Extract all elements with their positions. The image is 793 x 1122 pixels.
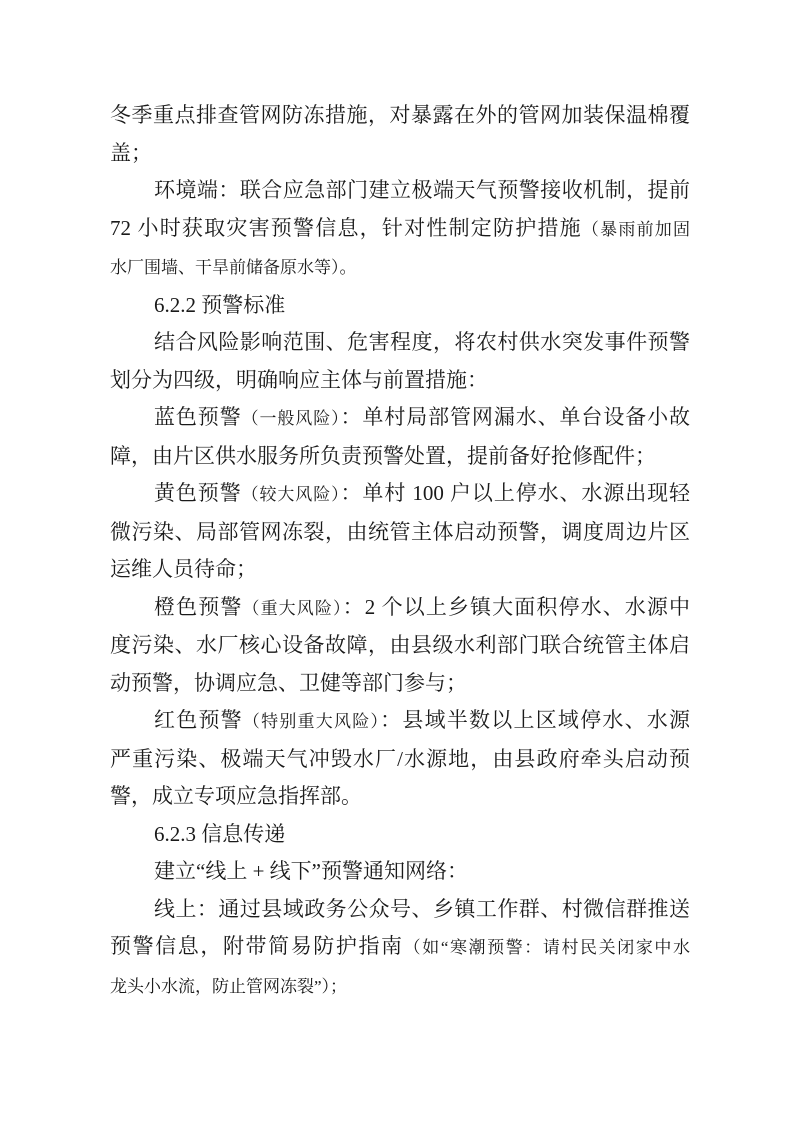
text-run: 盖； [110, 141, 152, 165]
text-line: 严重污染、极端天气冲毁水厂/水源地，由县政府牵头启动预 [110, 741, 690, 779]
text-run: 障，由片区供水服务所负责预警处置，提前备好抢修配件； [110, 444, 656, 468]
text-run: ：单村局部管网漏水、单台设备小故 [341, 405, 691, 429]
parenthetical-note: 水厂围墙、干旱前储备原水等）。 [110, 258, 357, 277]
text-run: 线上：通过县域政务公众号、乡镇工作群、村微信群推送 [154, 897, 690, 921]
text-line-red-warning: 红色预警（特别重大风险）：县域半数以上区域停水、水源 [110, 702, 690, 741]
document-page: 冬季重点排查管网防冻措施，对暴露在外的管网加装保温棉覆 盖； 环境端：联合应急部… [0, 0, 793, 1122]
text-run: 建立“线上 + 线下”预警通知网络： [154, 859, 468, 883]
text-line: 障，由片区供水服务所负责预警处置，提前备好抢修配件； [110, 438, 690, 476]
text-line: 盖； [110, 135, 690, 173]
text-line-blue-warning: 蓝色预警（一般风险）：单村局部管网漏水、单台设备小故 [110, 399, 690, 438]
text-line: 线上：通过县域政务公众号、乡镇工作群、村微信群推送 [110, 891, 690, 929]
text-line: 度污染、水厂核心设备故障，由县级水利部门联合统管主体启 [110, 627, 690, 665]
text-run: 橙色预警 [154, 595, 242, 619]
text-line: 72 小时获取灾害预警信息，针对性制定防护措施（暴雨前加固 [110, 210, 690, 249]
text-run: ：2 个以上乡镇大面积停水、水源中 [343, 595, 690, 619]
parenthetical-note: （如“寒潮预警：请村民关闭家中水 [404, 938, 690, 957]
heading-6-2-2: 6.2.2 预警标准 [110, 287, 690, 325]
parenthetical-note: （重大风险） [242, 599, 342, 618]
text-line: 微污染、局部管网冻裂，由统管主体启动预警，调度周边片区 [110, 514, 690, 552]
text-run: 运维人员待命； [110, 557, 257, 581]
parenthetical-note: （较大风险） [242, 485, 341, 504]
text-run: 度污染、水厂核心设备故障，由县级水利部门联合统管主体启 [110, 633, 690, 657]
text-line: 运维人员待命； [110, 551, 690, 589]
parenthetical-note: （暴雨前加固 [582, 220, 690, 239]
text-run: 红色预警 [154, 708, 243, 732]
text-line: 建立“线上 + 线下”预警通知网络： [110, 853, 690, 891]
text-run: 严重污染、极端天气冲毁水厂/水源地，由县政府牵头启动预 [110, 747, 690, 771]
text-line-orange-warning: 橙色预警（重大风险）：2 个以上乡镇大面积停水、水源中 [110, 589, 690, 628]
text-line: 龙头小水流，防止管网冻裂”）； [110, 967, 690, 1006]
text-column: 冬季重点排查管网防冻措施，对暴露在外的管网加装保温棉覆 盖； 环境端：联合应急部… [110, 97, 690, 1005]
text-run: 黄色预警 [154, 481, 242, 505]
text-run: 结合风险影响范围、危害程度，将农村供水突发事件预警 [154, 330, 690, 354]
text-line: 划分为四级，明确响应主体与前置措施： [110, 362, 690, 400]
parenthetical-note: （一般风险） [242, 409, 341, 428]
text-run: 环境端：联合应急部门建立极端天气预警接收机制，提前 [154, 178, 690, 202]
text-run: 警，成立专项应急指挥部。 [110, 784, 362, 808]
text-line: 水厂围墙、干旱前储备原水等）。 [110, 248, 690, 287]
text-run: 预警信息，附带简易防护指南 [110, 934, 404, 958]
text-run: 动预警，协调应急、卫健等部门参与； [110, 671, 467, 695]
text-line: 结合风险影响范围、危害程度，将农村供水突发事件预警 [110, 324, 690, 362]
text-run: ：单村 100 户以上停水、水源出现轻 [341, 481, 691, 505]
heading-text: 6.2.2 预警标准 [154, 293, 285, 317]
text-line: 冬季重点排查管网防冻措施，对暴露在外的管网加装保温棉覆 [110, 97, 690, 135]
text-line: 预警信息，附带简易防护指南（如“寒潮预警：请村民关闭家中水 [110, 928, 690, 967]
text-line: 动预警，协调应急、卫健等部门参与； [110, 665, 690, 703]
parenthetical-note: （特别重大风险） [243, 712, 380, 731]
text-run: 微污染、局部管网冻裂，由统管主体启动预警，调度周边片区 [110, 520, 690, 544]
text-run: 蓝色预警 [154, 405, 242, 429]
text-run: 冬季重点排查管网防冻措施，对暴露在外的管网加装保温棉覆 [110, 103, 690, 127]
text-line: 环境端：联合应急部门建立极端天气预警接收机制，提前 [110, 172, 690, 210]
text-line: 警，成立专项应急指挥部。 [110, 778, 690, 816]
text-run: 划分为四级，明确响应主体与前置措施： [110, 368, 488, 392]
text-line-yellow-warning: 黄色预警（较大风险）：单村 100 户以上停水、水源出现轻 [110, 475, 690, 514]
text-run: 72 小时获取灾害预警信息，针对性制定防护措施 [110, 216, 582, 240]
heading-6-2-3: 6.2.3 信息传递 [110, 816, 690, 854]
text-run: ：县域半数以上区域停水、水源 [380, 708, 690, 732]
heading-text: 6.2.3 信息传递 [154, 822, 285, 846]
parenthetical-note: 龙头小水流，防止管网冻裂”）； [110, 977, 347, 996]
